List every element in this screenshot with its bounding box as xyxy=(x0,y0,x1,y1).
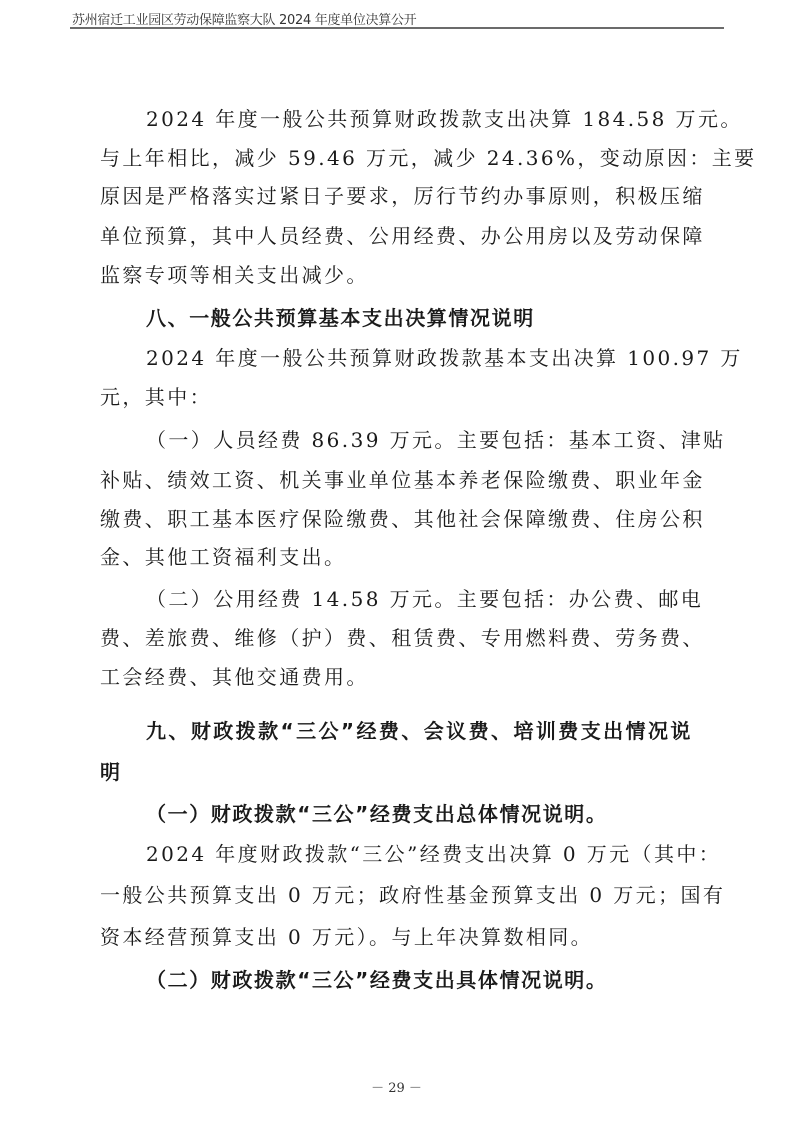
paragraph-line: 费、差旅费、维修（护）费、租赁费、专用燃料费、劳务费、 xyxy=(100,626,692,650)
section-heading-8: 八、一般公共预算基本支出决算情况说明 xyxy=(146,306,692,330)
paragraph-line: 资本经营预算支出 0 万元）。与上年决算数相同。 xyxy=(100,925,692,949)
subsection-heading-1: （一）财政拨款“三公”经费支出总体情况说明。 xyxy=(146,802,692,826)
paragraph-line: 与上年相比，减少 59.46 万元，减少 24.36%，变动原因：主要 xyxy=(100,146,692,170)
section-heading-9: 九、财政拨款“三公”经费、会议费、培训费支出情况说 xyxy=(146,719,692,743)
page-number: － 29 － xyxy=(0,1077,793,1096)
section-heading-9-cont: 明 xyxy=(100,760,692,784)
paragraph-line: 2024 年度一般公共预算财政拨款支出决算 184.58 万元。 xyxy=(146,107,692,131)
paragraph-line: 缴费、职工基本医疗保险缴费、其他社会保障缴费、住房公积 xyxy=(100,507,692,531)
paragraph-line: 工会经费、其他交通费用。 xyxy=(100,665,692,689)
paragraph-line: 补贴、绩效工资、机关事业单位基本养老保险缴费、职业年金 xyxy=(100,468,692,492)
paragraph-line: 原因是严格落实过紧日子要求，厉行节约办事原则，积极压缩 xyxy=(100,184,692,208)
paragraph-line: 金、其他工资福利支出。 xyxy=(100,545,692,569)
paragraph-line: 一般公共预算支出 0 万元；政府性基金预算支出 0 万元；国有 xyxy=(100,883,692,907)
paragraph-line: 2024 年度一般公共预算财政拨款基本支出决算 100.97 万 xyxy=(146,346,692,370)
paragraph-line: 单位预算，其中人员经费、公用经费、办公用房以及劳动保障 xyxy=(100,224,692,248)
paragraph-line: 监察专项等相关支出减少。 xyxy=(100,263,692,287)
paragraph-line: （一）人员经费 86.39 万元。主要包括：基本工资、津贴 xyxy=(146,428,692,452)
header-divider xyxy=(70,27,724,29)
paragraph-line: 2024 年度财政拨款“三公”经费支出决算 0 万元（其中： xyxy=(146,842,692,866)
subsection-heading-2: （二）财政拨款“三公”经费支出具体情况说明。 xyxy=(146,968,692,992)
paragraph-line: （二）公用经费 14.58 万元。主要包括：办公费、邮电 xyxy=(146,587,692,611)
paragraph-line: 元，其中： xyxy=(100,385,692,409)
running-header: 苏州宿迁工业园区劳动保障监察大队 2024 年度单位决算公开 xyxy=(72,9,416,28)
